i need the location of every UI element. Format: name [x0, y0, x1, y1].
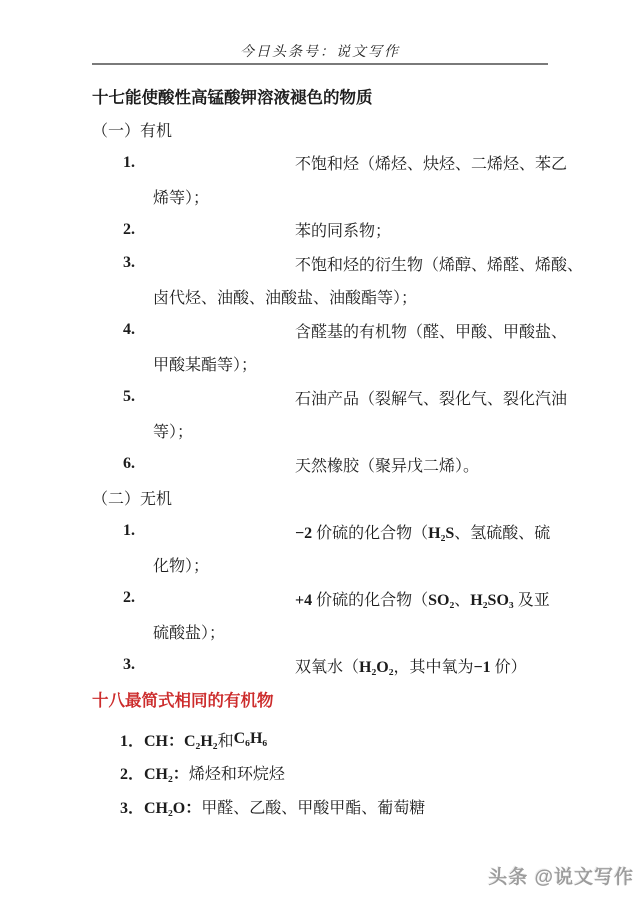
- item-text: +4 价硫的化合物（SO₂、H₂SO₃ 及亚: [295, 587, 550, 610]
- item-text: 含醛基的有机物（醛、甲酸、甲酸盐、: [295, 319, 567, 342]
- watermark-text: 头条 @说文写作: [488, 862, 634, 889]
- inorganic-item-2: 2. +4 价硫的化合物（SO₂、H₂SO₃ 及亚: [92, 582, 552, 616]
- inorganic-item-3: 3. 双氧水（H₂O₂，其中氧为−1 价）: [92, 649, 552, 683]
- item-text: 石油产品（裂解气、裂化气、裂化汽油: [295, 386, 567, 409]
- inorganic-label: （二）无机: [92, 481, 552, 515]
- section18-item-2: 2．CH₂：烯烃和环烷烃: [92, 756, 552, 790]
- item-text: 不饱和烃的衍生物（烯醇、烯醛、烯酸、: [295, 252, 583, 275]
- divider-rule: [92, 63, 548, 65]
- item-number: 1.: [123, 522, 295, 540]
- inorganic-item-1: 1. −2 价硫的化合物（H₂S、氢硫酸、硫: [92, 515, 552, 549]
- item-number: 2.: [123, 221, 295, 239]
- organic-item-4-cont: 甲酸某酯等）；: [92, 347, 552, 381]
- item-text: 苯的同系物；: [295, 218, 391, 241]
- item-text: 不饱和烃（烯烃、炔烃、二烯烃、苯乙: [295, 151, 567, 174]
- organic-label: （一）有机: [92, 113, 552, 147]
- organic-item-6: 6. 天然橡胶（聚异戊二烯）。: [92, 448, 552, 482]
- organic-item-2: 2. 苯的同系物；: [92, 213, 552, 247]
- inorganic-item-2-cont: 硫酸盐）；: [92, 615, 552, 649]
- organic-item-1-cont: 烯等）；: [92, 180, 552, 214]
- section18-item-1: 1．CH：C₂H₂ 和 C₆H₆: [92, 723, 552, 757]
- item-text: 双氧水（H₂O₂，其中氧为−1 价）: [295, 654, 527, 677]
- item-number: 3.: [123, 656, 295, 674]
- organic-item-4: 4. 含醛基的有机物（醛、甲酸、甲酸盐、: [92, 314, 552, 348]
- organic-item-3-cont: 卤代烃、油酸、油酸盐、油酸酯等）；: [92, 280, 552, 314]
- item-number: 4.: [123, 321, 295, 339]
- item-number: 6.: [123, 455, 295, 473]
- organic-item-5: 5. 石油产品（裂解气、裂化气、裂化汽油: [92, 381, 552, 415]
- item-number: 2.: [123, 589, 295, 607]
- section18-title: 十八最简式相同的有机物: [92, 682, 552, 716]
- organic-item-3: 3. 不饱和烃的衍生物（烯醇、烯醛、烯酸、: [92, 247, 552, 281]
- item-number: 5.: [123, 388, 295, 406]
- item-text: 天然橡胶（聚异戊二烯）。: [295, 453, 479, 476]
- section17-title: 十七能使酸性高锰酸钾溶液褪色的物质: [92, 79, 552, 113]
- item-number: 1.: [123, 154, 295, 172]
- organic-item-1: 1. 不饱和烃（烯烃、炔烃、二烯烃、苯乙: [92, 146, 552, 180]
- masthead: 今日头条号：说文写作: [0, 41, 640, 61]
- document-body: 十七能使酸性高锰酸钾溶液褪色的物质 （一）有机 1. 不饱和烃（烯烃、炔烃、二烯…: [92, 79, 552, 823]
- item-text: −2 价硫的化合物（H₂S、氢硫酸、硫: [295, 520, 550, 543]
- item-number: 3.: [123, 254, 295, 272]
- section18-item-3: 3．CH₂O：甲醛、乙酸、甲酸甲酯、葡萄糖: [92, 790, 552, 824]
- organic-item-5-cont: 等）；: [92, 414, 552, 448]
- inorganic-item-1-cont: 化物）；: [92, 548, 552, 582]
